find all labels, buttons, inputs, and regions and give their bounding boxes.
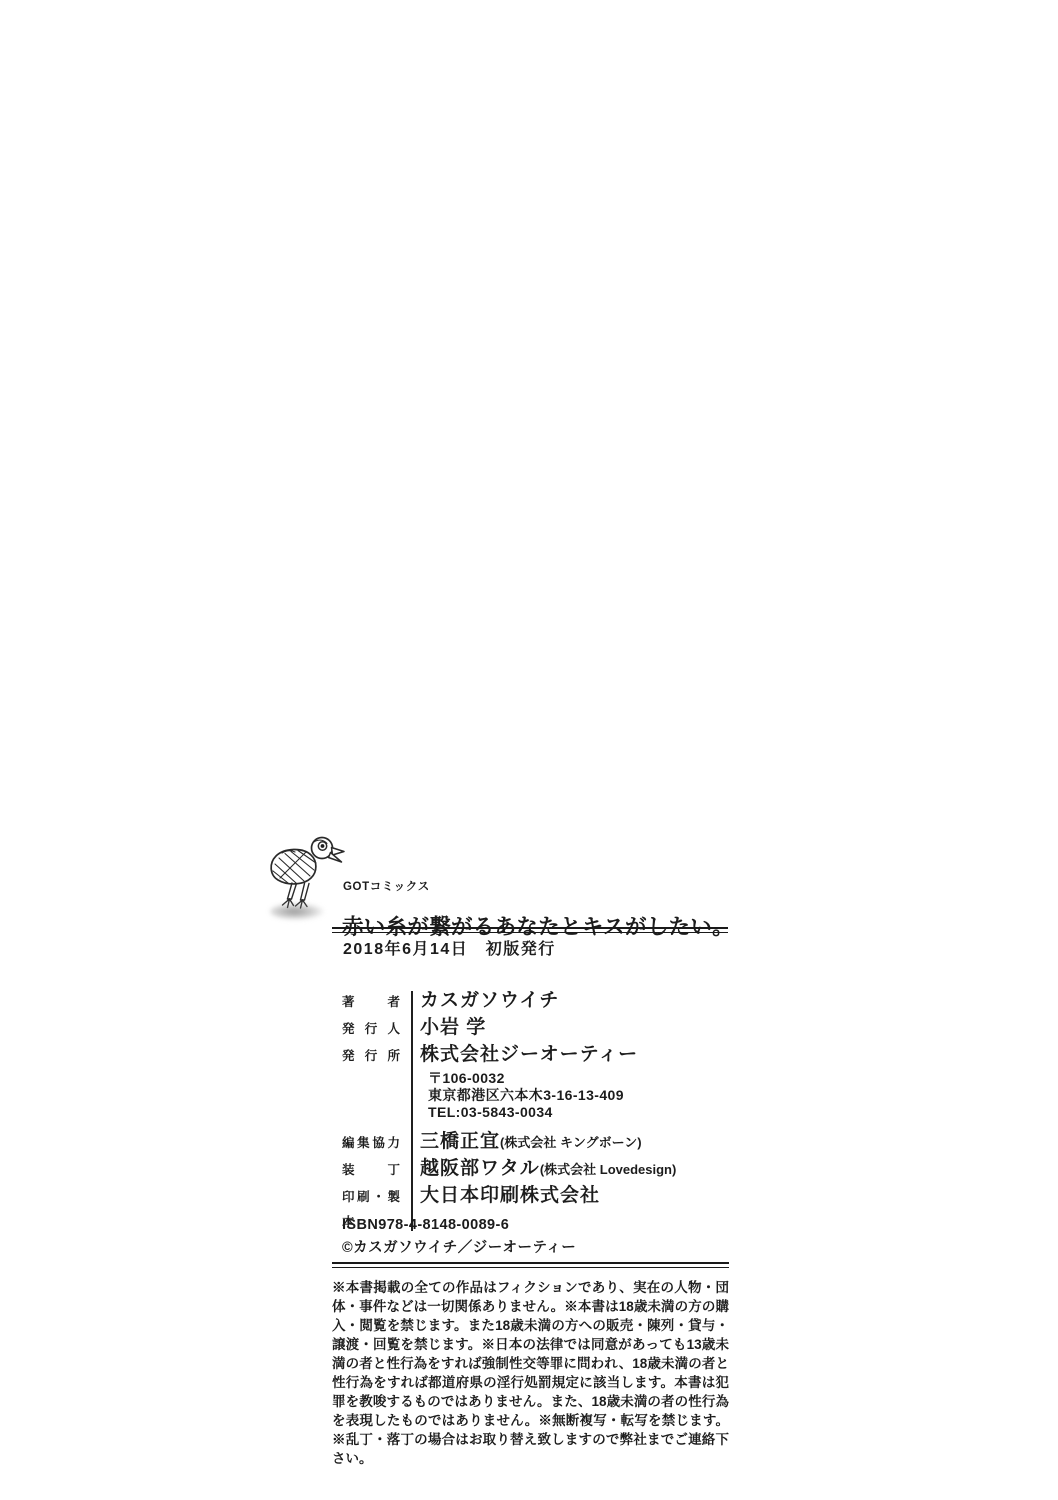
publisher-address-block: 〒106-0032 東京都港区六本木3-16-13-409 TEL:03-584… [428,1070,728,1121]
series-label: GOTコミックス [343,878,430,894]
table-row-author: 著者 カスガソウイチ [342,988,728,1015]
bird-shadow [270,903,324,920]
row-label: 編集協力 [342,1131,400,1156]
address-line: 東京都港区六本木3-16-13-409 [428,1087,728,1104]
isbn-number: ISBN978-4-8148-0089-6 [342,1217,509,1233]
row-value: 越阪部ワタル(株式会社 Lovedesign) [420,1156,676,1182]
table-row-design: 装丁 越阪部ワタル(株式会社 Lovedesign) [342,1156,728,1183]
company-suffix: (株式会社 Lovedesign) [540,1162,677,1177]
scribble-bird-icon [266,831,346,909]
person-name: 三橋正宜 [420,1131,500,1152]
publication-info-table: 著者 カスガソウイチ 発行人 小岩 学 発行所 株式会社ジーオーティー 〒106… [342,988,728,1235]
disclaimer-divider [332,1262,729,1268]
disclaimer-section: ※本書掲載の全ての作品はフィクションであり、実在の人物・団体・事件などは一切関係… [332,1262,729,1468]
title-underline [332,927,728,933]
colophon-page: GOTコミックス 赤い糸が繋がるあなたとキスがしたい。 2018年6月14日 初… [0,0,1058,1500]
postal-code: 〒106-0032 [428,1070,728,1087]
row-label: 著者 [342,990,400,1015]
disclaimer-text: ※本書掲載の全ての作品はフィクションであり、実在の人物・団体・事件などは一切関係… [332,1278,729,1468]
row-label: 装丁 [342,1158,400,1183]
table-row-publisher-person: 発行人 小岩 学 [342,1015,728,1042]
table-row-publisher-company: 発行所 株式会社ジーオーティー [342,1042,728,1069]
row-value: 大日本印刷株式会社 [420,1183,600,1208]
row-label: 発行人 [342,1017,400,1042]
table-row-editing: 編集協力 三橋正宜(株式会社 キングボーン) [342,1129,728,1156]
row-value: 株式会社ジーオーティー [420,1042,638,1067]
row-value: 三橋正宜(株式会社 キングボーン) [420,1129,642,1155]
phone-line: TEL:03-5843-0034 [428,1104,728,1121]
row-value: 小岩 学 [420,1015,486,1040]
copyright-line: ©カスガソウイチ／ジーオーティー [342,1236,576,1257]
row-label: 発行所 [342,1044,400,1069]
company-suffix: (株式会社 キングボーン) [500,1135,642,1150]
edition-date-line: 2018年6月14日 初版発行 [343,936,556,959]
person-name: 越阪部ワタル [420,1158,540,1179]
row-value: カスガソウイチ [420,988,559,1013]
